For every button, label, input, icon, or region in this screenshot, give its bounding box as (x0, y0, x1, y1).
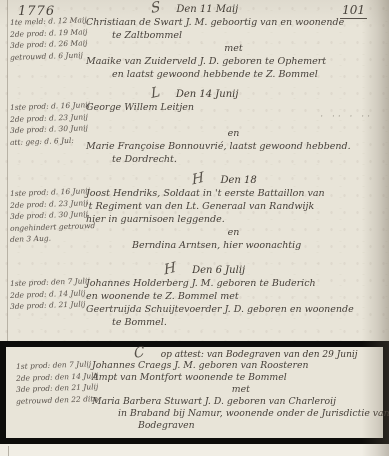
body-line: en (86, 127, 381, 140)
body-line: Marie Françoise Bonnouvrié, laatst gewoo… (86, 140, 381, 153)
entry-text: Christiaan de Swart J. M. geboortig van … (86, 16, 389, 81)
body-line: Geertruijda Schuijtevoerder J. D. gebore… (86, 303, 381, 316)
entry-header: SDen 11 Maij (0, 1, 389, 16)
body-line: met (92, 384, 389, 396)
margin-note: getrouwd den 22 dito (16, 393, 92, 407)
entry-date: op attest: van Bodegraven van den 29 Jun… (161, 350, 358, 360)
left-margin-rule-strip (8, 446, 9, 456)
flourish-mark: H (163, 260, 176, 278)
body-line: George Willem Leitjen (86, 101, 381, 114)
register-entry: HDen 18 1ste prod: d. 16 Junij2de prod: … (0, 172, 389, 252)
body-line: te Bommel. (86, 316, 381, 329)
entry-header: LDen 14 Junij (0, 86, 389, 101)
entry-text: Joost Hendriks, Soldaat in 't eerste Bat… (86, 187, 389, 252)
entry-header: HDen 18 (0, 172, 389, 187)
body-line: en laatst gewoond hebbende te Z. Bommel (86, 68, 381, 81)
body-line: te Dordrecht. (86, 153, 381, 166)
body-line: Ampt van Montfort woonende te Bommel (92, 372, 389, 384)
margin-note: 3de prod: d. 21 Julij (10, 298, 86, 312)
entry-text: Johannes Holderberg J. M. geboren te Bud… (86, 277, 389, 329)
proclamation-margin: 1ste prod: den 7 Julij2de prod: d. 14 Ju… (0, 277, 86, 313)
body-line: Johannes Holderberg J. M. geboren te Bud… (86, 277, 381, 290)
body-line: Maaike van Zuiderveld J. D. geboren te O… (86, 55, 381, 68)
body-line: te Zaltbommel (86, 29, 381, 42)
register-entry: HDen 6 Julij 1ste prod: den 7 Julij2de p… (0, 262, 389, 329)
entry-body: 1st prod: den 7 Julij2de prod: den 14 Ju… (6, 360, 383, 432)
margin-note: den 3 Aug. (10, 231, 86, 245)
entry-header: HDen 6 Julij (0, 262, 389, 277)
flourish-mark: L (150, 85, 161, 102)
body-line: en (86, 226, 381, 239)
entry-text: Johannes Craegs J. M. geboren van Rooste… (92, 360, 389, 432)
entry-body: 1ste prod: d. 16 Junij2de prod: d. 23 Ju… (0, 101, 389, 166)
body-line: in Braband bij Namur, woonende onder de … (92, 408, 389, 420)
body-line: Maria Barbera Stuwart J. D. geboren van … (92, 396, 389, 408)
entry-date: Den 11 Maij (176, 4, 238, 15)
entry-date: Den 6 Julij (192, 265, 245, 276)
margin-note: att: geg: d. 6 Jul: (10, 134, 86, 148)
body-line (86, 114, 381, 127)
proclamation-margin: 1ste prod: d. 16 Junij2de prod: d. 23 Ju… (0, 101, 86, 148)
entry-body: 1ste prod: den 7 Julij2de prod: d. 14 Ju… (0, 277, 389, 329)
proclamation-margin: 1st prod: den 7 Julij2de prod: den 14 Ju… (6, 360, 92, 407)
body-line: en woonende te Z. Bommel met (86, 290, 381, 303)
register-entry: SDen 11 Maij 1te meld: d. 12 Maij2de pro… (0, 1, 389, 81)
next-page-strip (0, 444, 389, 456)
body-line: Berndina Arntsen, hier woonachtig (86, 239, 381, 252)
register-page: 1776 101 · ·· · ·· SDen 11 Maij 1te meld… (0, 0, 389, 456)
entry-body: 1te meld: d. 12 Maij2de prod: d. 19 Maij… (0, 16, 389, 81)
body-line: met (86, 42, 381, 55)
body-line: Christiaan de Swart J. M. geboortig van … (86, 16, 381, 29)
entry-text: George Willem LeitjenenMarie Françoise B… (86, 101, 389, 166)
register-entry: Cop attest: van Bodegraven van den 29 Ju… (0, 341, 389, 444)
flourish-mark: S (150, 0, 161, 17)
margin-note: getrouwd d. 6 Junij (10, 49, 86, 63)
body-line: 't Regiment van den Lt. Generaal van Ran… (86, 200, 381, 213)
register-entry: LDen 14 Junij 1ste prod: d. 16 Junij2de … (0, 86, 389, 166)
entry-date: Den 14 Junij (176, 89, 239, 100)
flourish-mark: H (192, 170, 205, 188)
body-line: Joost Hendriks, Soldaat in 't eerste Bat… (86, 187, 381, 200)
body-line: hier in guarnisoen leggende. (86, 213, 381, 226)
entry-body: 1ste prod: d. 16 Junij2de prod: d. 23 Ju… (0, 187, 389, 252)
flourish-mark: C (133, 346, 145, 362)
entry-date: Den 18 (220, 175, 256, 186)
proclamation-margin: 1te meld: d. 12 Maij2de prod: d. 19 Maij… (0, 16, 86, 63)
entry-header: Cop attest: van Bodegraven van den 29 Ju… (6, 347, 383, 360)
proclamation-margin: 1ste prod: d. 16 Junij2de prod: d. 23 Ju… (0, 187, 86, 246)
body-line: Bodegraven (92, 420, 389, 432)
